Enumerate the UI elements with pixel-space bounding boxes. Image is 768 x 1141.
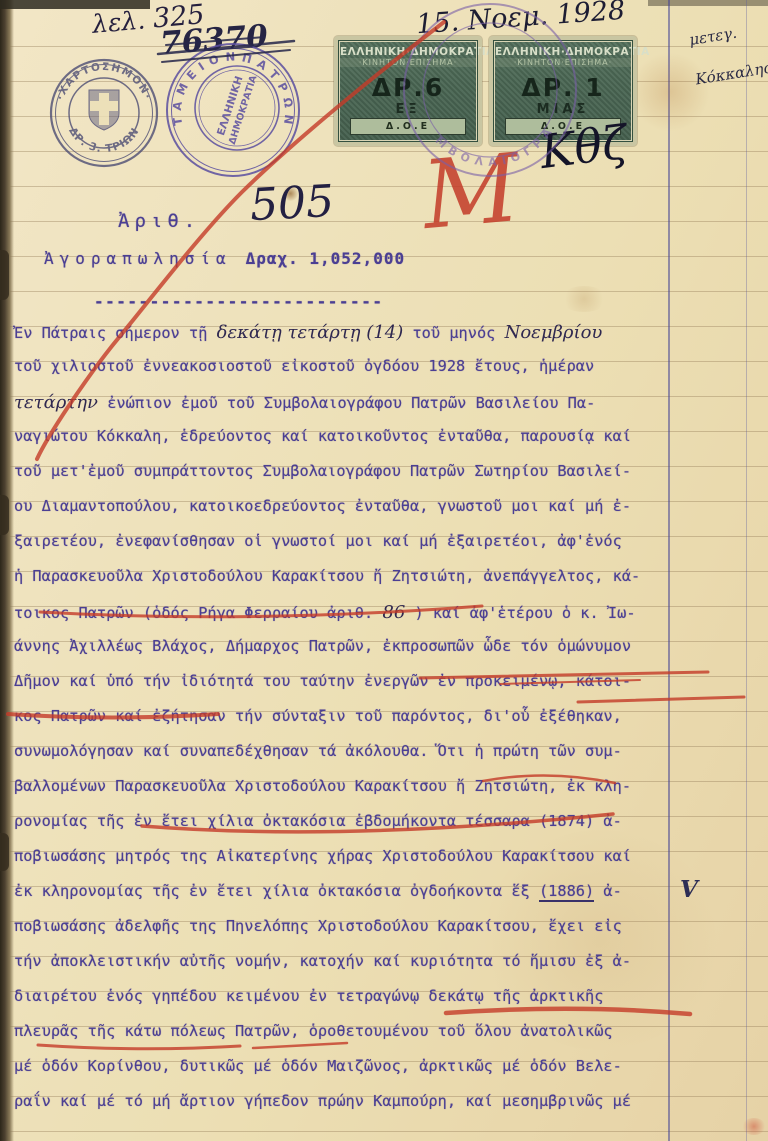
body-line: ξαιρετέου, ἐνεφανίσθησαν οἱ γνωστοί μοι … bbox=[14, 532, 669, 567]
body-line: πλευρᾶς τῆς κάτω πόλεως Πατρῶν, ὁροθετου… bbox=[14, 1022, 669, 1057]
typed-segment: ραΐν καί μέ τό μή ἄρτιον γήπεδον πρώην Κ… bbox=[14, 1092, 631, 1110]
typed-segment: τήν ἀποκλειστικήν αὐτῆς νομήν, κατοχήν κ… bbox=[14, 952, 631, 970]
margin-note: μετεγ. Κόκκαλης) bbox=[686, 9, 768, 100]
stamp-value-word: ΜΙΑΣ bbox=[495, 102, 631, 117]
typed-segment: συνωμολόγησαν καί συναπεδέχθησαν τά ἀκόλ… bbox=[14, 742, 622, 760]
typed-segment: ου Διαμαντοπούλου, κατοικοεδρεύοντος ἐντ… bbox=[14, 497, 631, 515]
stamp-value-word: ΕΞ bbox=[340, 102, 476, 117]
body-line: ποβιωσάσης μητρός της Αἰκατερίνης χήρας … bbox=[14, 847, 669, 882]
registry-ref-label: λελ. bbox=[91, 5, 146, 39]
typed-segment: τοῦ μηνός bbox=[403, 324, 504, 342]
deed-amount: Δραχ. 1,052,000 bbox=[246, 249, 406, 268]
typed-segment: ἀ- bbox=[594, 882, 622, 900]
typed-segment: (1886) bbox=[539, 882, 594, 902]
typed-segment: ἡ Παρασκευοῦλα Χριστοδούλου Καρακίτσου ἤ… bbox=[14, 567, 640, 585]
handwritten-segment: τετάρτην bbox=[14, 392, 98, 413]
red-monogram: Μ bbox=[418, 134, 523, 251]
body-line: τετάρτην ἐνώπιον ἐμοῦ τοῦ Συμβολαιογράφο… bbox=[14, 392, 669, 427]
body-line: τοῦ μετ'ἐμοῦ συμπράττοντος Συμβολαιογράφ… bbox=[14, 462, 669, 497]
binding-bump bbox=[0, 495, 9, 535]
body-line: ποβιωσάσης ἀδελφῆς της Πηνελόπης Χριστοδ… bbox=[14, 917, 669, 952]
body-line: ἡ Παρασκευοῦλα Χριστοδούλου Καρακίτσου ἤ… bbox=[14, 567, 669, 602]
revenue-stamp-6dr: ΕΛΛΗΝΙΚΗ·ΔΗΜΟΚΡΑΤΙΑ ·ΚΙΝΗΤΟΝ·ΕΠΙΣΗΜΑ· ΔΡ… bbox=[334, 36, 482, 146]
typed-segment: διαιρέτου ἑνός γηπέδου κειμένου ἐν τετρα… bbox=[14, 987, 603, 1005]
typed-segment: ) καί ἀφ'ἑτέρου ὁ κ. Ἰω- bbox=[405, 604, 635, 622]
body-line: συνωμολόγησαν καί συναπεδέχθησαν τά ἀκόλ… bbox=[14, 742, 669, 777]
typed-segment: ξαιρετέου, ἐνεφανίσθησαν οἱ γνωστοί μοι … bbox=[14, 532, 622, 550]
body-line: κος Πατρῶν καί ἐζήτησαν τήν σύνταξιν τοῦ… bbox=[14, 707, 669, 742]
typed-segment: ἐκ κληρονομίας τῆς ἐν ἔτει χίλια ὀκτακόσ… bbox=[14, 882, 539, 900]
typed-segment: τοικος Πατρῶν (ὁδός Ρήγα Φερραίου ἀριθ. bbox=[14, 604, 382, 622]
typed-segment: Δῆμον καί ὑπό τήν ἰδιότητά του ταύτην ἐν… bbox=[14, 672, 631, 690]
body-line: ου Διαμαντοπούλου, κατοικοεδρεύοντος ἐντ… bbox=[14, 497, 669, 532]
handwritten-segment: Νοεμβρίου bbox=[505, 322, 603, 343]
body-line: άννης Ἀχιλλέως Βλάχος, Δήμαρχος Πατρῶν, … bbox=[14, 637, 669, 672]
handwritten-segment: 86 bbox=[382, 602, 405, 623]
typed-segment: τοῦ μετ'ἐμοῦ συμπράττοντος Συμβολαιογράφ… bbox=[14, 462, 631, 480]
body-line: τοικος Πατρῶν (ὁδός Ρήγα Φερραίου ἀριθ. … bbox=[14, 602, 669, 637]
body-line: ραΐν καί μέ τό μή ἄρτιον γήπεδον πρώην Κ… bbox=[14, 1092, 669, 1127]
typed-segment: ρονομίας τῆς ἐν ἔτει χίλια ὀκτακόσια ἑβδ… bbox=[14, 812, 622, 830]
typed-segment: Ἐν Πάτραις σήμερον τῇ bbox=[14, 324, 217, 342]
typed-segment: ναγιώτου Κόκκαλη, ἑδρεύοντος καί κατοικο… bbox=[14, 427, 631, 445]
stamp-agency-label: Δ.Ο.Ε bbox=[350, 118, 466, 135]
body-line: τοῦ χιλιοστοῦ ἐννεακοσιοστοῦ εἰκοστοῦ ὀγ… bbox=[14, 357, 669, 392]
deed-number-value: 505 bbox=[249, 176, 336, 231]
revenue-stamp-frame: ΕΛΛΗΝΙΚΗ·ΔΗΜΟΚΡΑΤΙΑ ·ΚΙΝΗΤΟΝ·ΕΠΙΣΗΜΑ· ΔΡ… bbox=[339, 41, 477, 141]
body-line: βαλλομένων Παρασκευοῦλα Χριστοδούλου Καρ… bbox=[14, 777, 669, 812]
body-line: Δῆμον καί ὑπό τήν ἰδιότητά του ταύτην ἐν… bbox=[14, 672, 669, 707]
body-line: μέ ὁδόν Κορίνθου, δυτικῶς μέ ὁδόν Μαιζῶν… bbox=[14, 1057, 669, 1092]
body-line: διαιρέτου ἑνός γηπέδου κειμένου ἐν τετρα… bbox=[14, 987, 669, 1022]
margin-rule-line bbox=[746, 0, 747, 1141]
deed-number-label: Ἀριθ. bbox=[118, 210, 200, 232]
typed-segment: ἐνώπιον ἐμοῦ τοῦ Συμβολαιογράφου Πατρῶν … bbox=[98, 394, 595, 412]
handwritten-segment: δεκάτῃ τετάρτῃ (14) bbox=[217, 322, 404, 343]
margin-check-mark: V bbox=[680, 876, 698, 903]
typed-segment: άννης Ἀχιλλέως Βλάχος, Δήμαρχος Πατρῶν, … bbox=[14, 637, 631, 655]
typed-segment: τοῦ χιλιοστοῦ ἐννεακοσιοστοῦ εἰκοστοῦ ὀγ… bbox=[14, 357, 594, 375]
body-line: τήν ἀποκλειστικήν αὐτῆς νομήν, κατοχήν κ… bbox=[14, 952, 669, 987]
page-top-edge bbox=[648, 0, 768, 6]
binding-bump bbox=[0, 250, 9, 300]
body-text: Ἐν Πάτραις σήμερον τῇ δεκάτῃ τετάρτῃ (14… bbox=[14, 322, 669, 1127]
typed-segment: ποβιωσάσης μητρός της Αἰκατερίνης χήρας … bbox=[14, 847, 631, 865]
typed-segment: ποβιωσάσης ἀδελφῆς της Πηνελόπης Χριστοδ… bbox=[14, 917, 622, 935]
body-line: ἐκ κληρονομίας τῆς ἐν ἔτει χίλια ὀκτακόσ… bbox=[14, 882, 669, 917]
body-line: Ἐν Πάτραις σήμερον τῇ δεκάτῃ τετάρτῃ (14… bbox=[14, 322, 669, 357]
binding-bump bbox=[0, 833, 9, 871]
stamp-country-label: ΕΛΛΗΝΙΚΗ·ΔΗΜΟΚΡΑΤΙΑ bbox=[495, 46, 631, 58]
typed-segment: κος Πατρῶν καί ἐζήτησαν τήν σύνταξιν τοῦ… bbox=[14, 707, 622, 725]
crossed-out-number: 76370 bbox=[159, 18, 269, 61]
deed-subject: Ἀγοραπωλησία bbox=[44, 249, 232, 268]
stamp-kind-label: ·ΚΙΝΗΤΟΝ·ΕΠΙΣΗΜΑ· bbox=[340, 58, 476, 67]
body-line: ρονομίας τῆς ἐν ἔτει χίλια ὀκτακόσια ἑβδ… bbox=[14, 812, 669, 847]
stamp-value: ΔΡ. 1 bbox=[495, 73, 631, 102]
typed-segment: πλευρᾶς τῆς κάτω πόλεως Πατρῶν, ὁροθετου… bbox=[14, 1022, 613, 1040]
binding-edge bbox=[0, 0, 14, 1141]
initials-signature: Κθζ bbox=[537, 115, 630, 179]
stamp-country-label: ΕΛΛΗΝΙΚΗ·ΔΗΜΟΚΡΑΤΙΑ bbox=[340, 46, 476, 58]
typed-segment: βαλλομένων Παρασκευοῦλα Χριστοδούλου Καρ… bbox=[14, 777, 631, 795]
stamp-value: ΔΡ.6 bbox=[340, 73, 476, 102]
deed-subject-line: ἈγοραπωλησίαΔραχ. 1,052,000 bbox=[44, 249, 405, 268]
body-line: ναγιώτου Κόκκαλη, ἑδρεύοντος καί κατοικο… bbox=[14, 427, 669, 462]
stamp-kind-label: ·ΚΙΝΗΤΟΝ·ΕΠΙΣΗΜΑ· bbox=[495, 58, 631, 67]
typed-segment: μέ ὁδόν Κορίνθου, δυτικῶς μέ ὁδόν Μαιζῶν… bbox=[14, 1057, 622, 1075]
separator-dashes: -------------------------- bbox=[94, 292, 383, 311]
